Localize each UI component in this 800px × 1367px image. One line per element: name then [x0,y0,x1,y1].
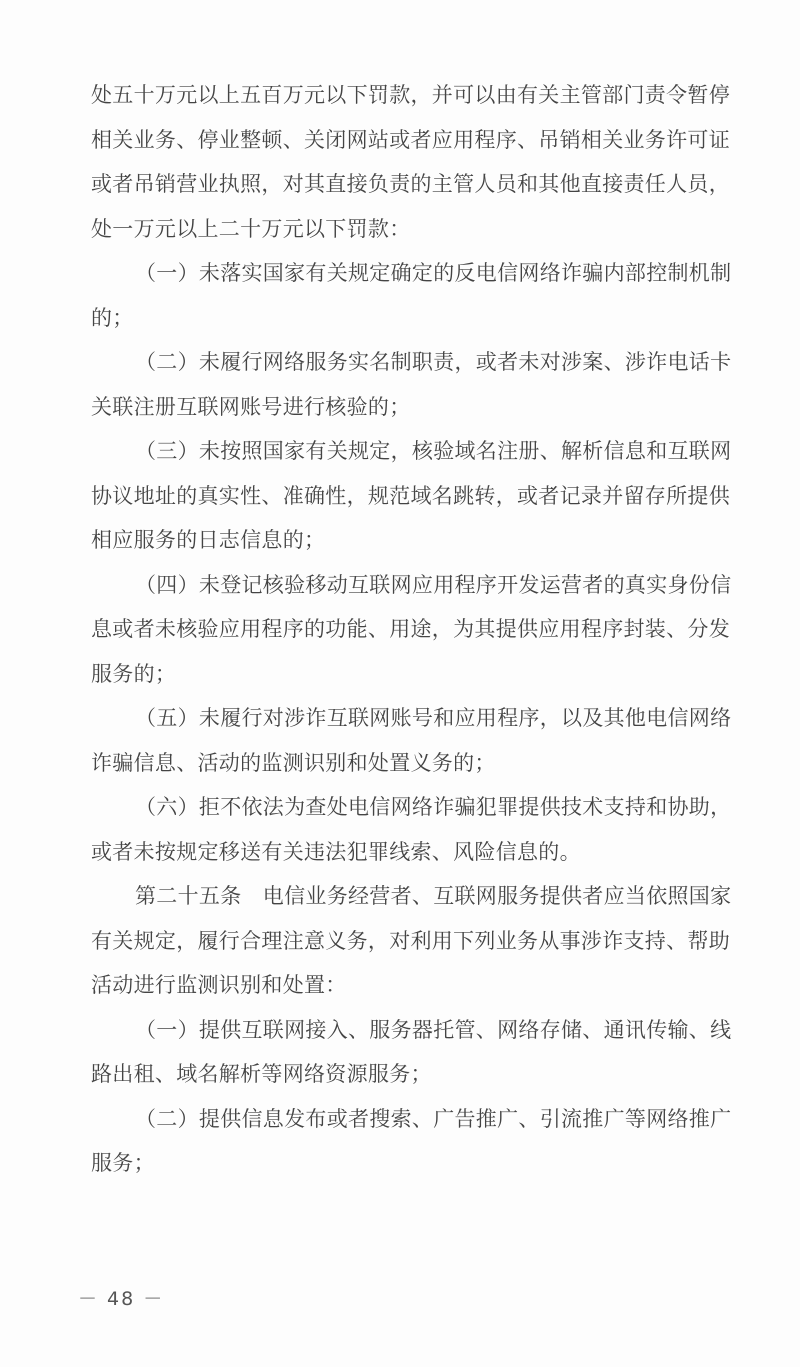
list-item-line: （二）未履行网络服务实名制职责，或者未对涉案、涉诈电话卡 [91,340,731,385]
document-body: 处五十万元以上五百万元以下罚款，并可以由有关主管部门责令暂停 相关业务、停业整顿… [91,73,731,1186]
list-item-line: （一）提供互联网接入、服务器托管、网络存储、通讯传输、线 [91,1008,731,1053]
text-line: 或者未按规定移送有关违法犯罪线索、风险信息的。 [91,830,731,875]
text-line: 服务； [91,1141,731,1186]
text-line: 有关规定，履行合理注意义务，对利用下列业务从事涉诈支持、帮助 [91,919,731,964]
list-item-line: （三）未按照国家有关规定，核验域名注册、解析信息和互联网 [91,429,731,474]
list-item-line: （二）提供信息发布或者搜索、广告推广、引流推广等网络推广 [91,1097,731,1142]
text-line: 息或者未核验应用程序的功能、用途，为其提供应用程序封装、分发 [91,607,731,652]
list-item-line: （四）未登记核验移动互联网应用程序开发运营者的真实身份信 [91,563,731,608]
text-line: 或者吊销营业执照，对其直接负责的主管人员和其他直接责任人员， [91,162,731,207]
text-line: 诈骗信息、活动的监测识别和处置义务的； [91,741,731,786]
text-line: 活动进行监测识别和处置： [91,963,731,1008]
article-heading-line: 第二十五条 电信业务经营者、互联网服务提供者应当依照国家 [91,874,731,919]
text-line: 相关业务、停业整顿、关闭网站或者应用程序、吊销相关业务许可证 [91,118,731,163]
text-line: 处五十万元以上五百万元以下罚款，并可以由有关主管部门责令暂停 [91,73,731,118]
text-line: 相应服务的日志信息的； [91,518,731,563]
text-line: 路出租、域名解析等网络资源服务； [91,1052,731,1097]
list-item-line: （六）拒不依法为查处电信网络诈骗犯罪提供技术支持和协助， [91,785,731,830]
page-number: － 48 － [78,1284,164,1311]
list-item-line: （五）未履行对涉诈互联网账号和应用程序，以及其他电信网络 [91,696,731,741]
text-line: 服务的； [91,652,731,697]
text-line: 协议地址的真实性、准确性，规范域名跳转，或者记录并留存所提供 [91,474,731,519]
list-item-line: （一）未落实国家有关规定确定的反电信网络诈骗内部控制机制 [91,251,731,296]
text-line: 的； [91,296,731,341]
text-line: 处一万元以上二十万元以下罚款： [91,207,731,252]
text-line: 关联注册互联网账号进行核验的； [91,385,731,430]
